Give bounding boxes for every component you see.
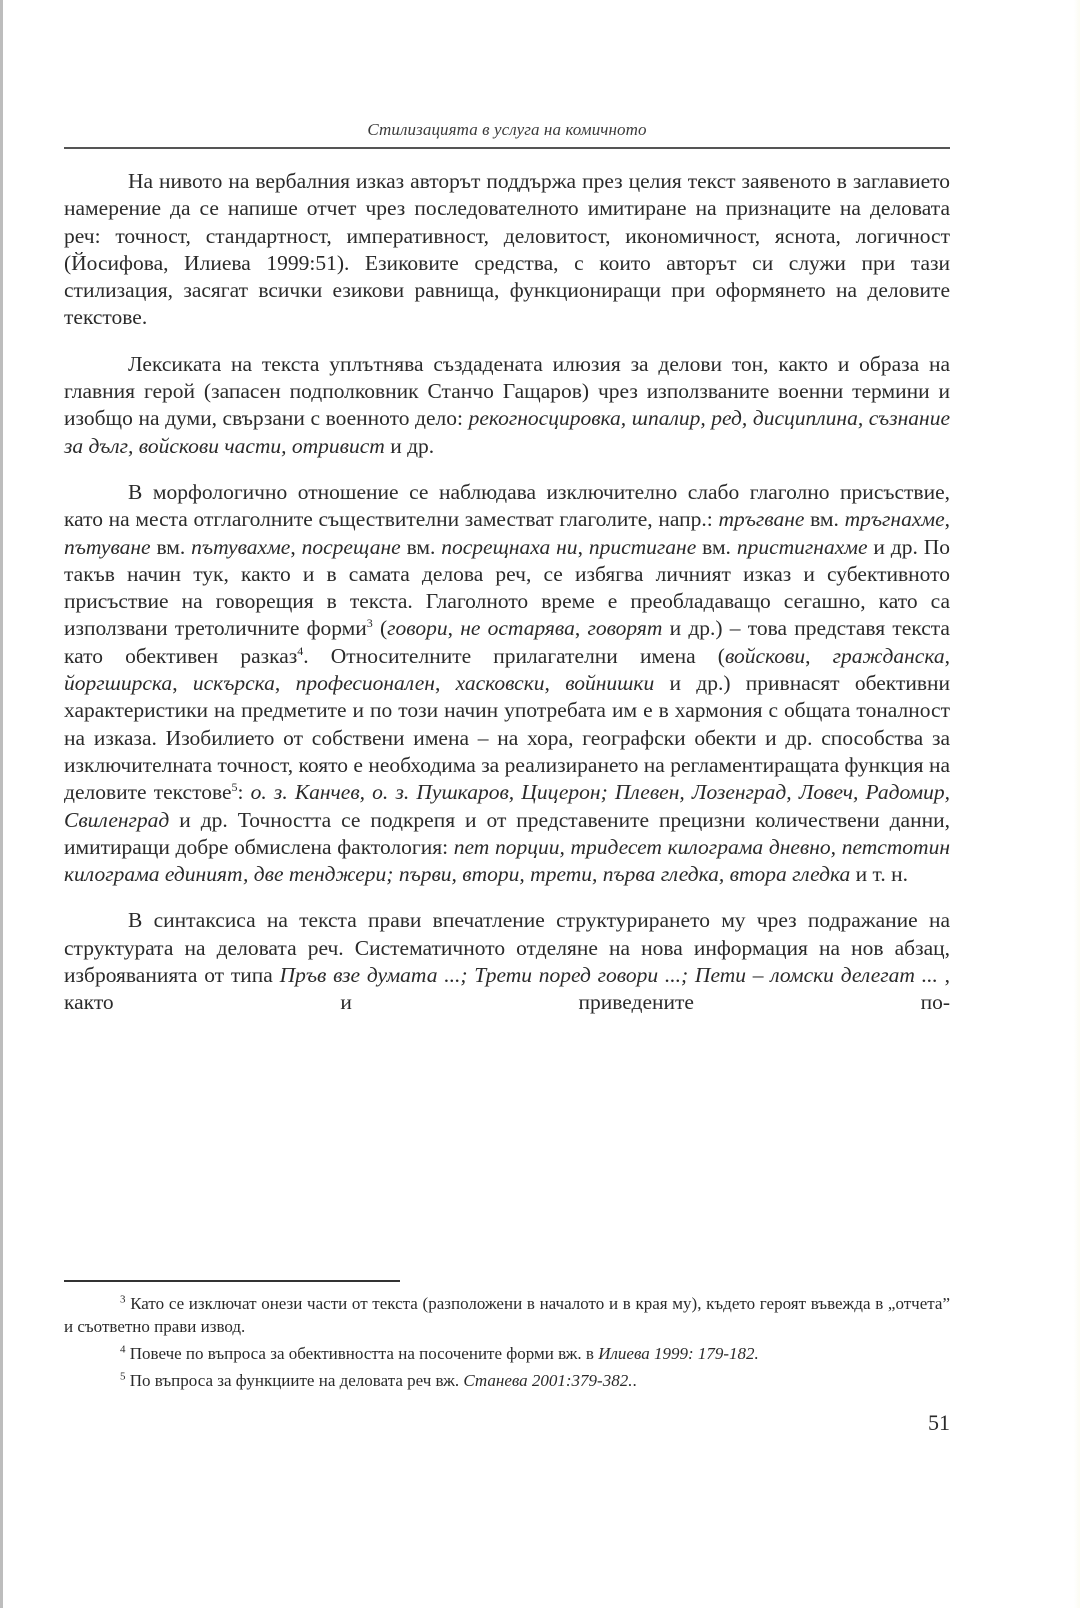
page-number: 51 [900, 1410, 950, 1436]
text-run: , [945, 644, 950, 668]
italic-text: посрещнаха ни [441, 535, 577, 559]
text-run: вм. [401, 535, 442, 559]
text-run: и др. [385, 434, 434, 458]
text-run: . Относителните прилагателни имена ( [303, 644, 725, 668]
text-run: По въпроса за функциите на деловата реч … [126, 1371, 464, 1390]
text-run: ( [373, 616, 387, 640]
italic-text: пътуване [64, 535, 151, 559]
paragraph: На нивото на вербалния изказ авторът под… [64, 168, 950, 332]
italic-text: не остарява [460, 616, 575, 640]
text-run: Повече по въпроса за обективността на по… [126, 1344, 599, 1363]
text-run: вм. [804, 507, 844, 531]
italic-text: искърска [193, 671, 275, 695]
italic-text: пътувахме [191, 535, 290, 559]
italic-text: говори [387, 616, 447, 640]
text-run: На нивото на вербалния изказ авторът под… [64, 169, 950, 329]
footnote: 5 По въпроса за функциите на деловата ре… [64, 1369, 950, 1392]
italic-text: войскови [725, 644, 805, 668]
paragraph: В синтаксиса на текста прави впечатление… [64, 907, 950, 1016]
text-run: и т. н. [850, 862, 908, 886]
text-run: Като се изключат онези части от текста (… [64, 1294, 950, 1336]
italic-text: Илиева 1999: 179-182. [598, 1344, 759, 1363]
italic-text: пристигнахме [737, 535, 868, 559]
italic-text: йоргширска [64, 671, 172, 695]
italic-text: Станева 2001:379-382. [463, 1371, 632, 1390]
paragraph: Лексиката на текста уплътнява създаденат… [64, 351, 950, 460]
text-run: , [290, 535, 301, 559]
text-run: , [275, 671, 296, 695]
footnotes: 3 Като се изключат онези части от текста… [64, 1292, 950, 1396]
italic-text: хасковски [456, 671, 545, 695]
italic-text: тръгване [718, 507, 804, 531]
text-run: , [435, 671, 456, 695]
paragraph: В морфологично отношение се наблюдава из… [64, 479, 950, 888]
text-run: вм. [151, 535, 192, 559]
body-text: На нивото на вербалния изказ авторът под… [64, 168, 950, 1017]
text-run: , [578, 535, 589, 559]
footnote-divider [64, 1280, 400, 1282]
text-run: , [545, 671, 566, 695]
italic-text: войнишки [565, 671, 654, 695]
text-run: : [238, 780, 251, 804]
italic-text: гражданска [833, 644, 945, 668]
text-run: , [575, 616, 588, 640]
footnote: 3 Като се изключат онези части от текста… [64, 1292, 950, 1338]
text-run: вм. [696, 535, 737, 559]
italic-text: тръгнахме [845, 507, 945, 531]
text-run: , [805, 644, 833, 668]
text-run: , [945, 507, 950, 531]
italic-text: пристигане [589, 535, 696, 559]
italic-text: Пръв взе думата ...; Трети поред говори … [280, 963, 938, 987]
italic-text: посрещане [302, 535, 401, 559]
italic-text: говорят [587, 616, 662, 640]
footnote: 4 Повече по въпроса за обективността на … [64, 1342, 950, 1365]
text-run: , [172, 671, 193, 695]
text-run: . [632, 1371, 636, 1390]
text-run: , [448, 616, 461, 640]
scan-left-edge [0, 0, 3, 1608]
scan-right-edge [1074, 0, 1080, 1608]
italic-text: професионален [296, 671, 435, 695]
header-divider [64, 147, 950, 149]
running-head: Стилизацията в услуга на комичното [64, 120, 950, 140]
